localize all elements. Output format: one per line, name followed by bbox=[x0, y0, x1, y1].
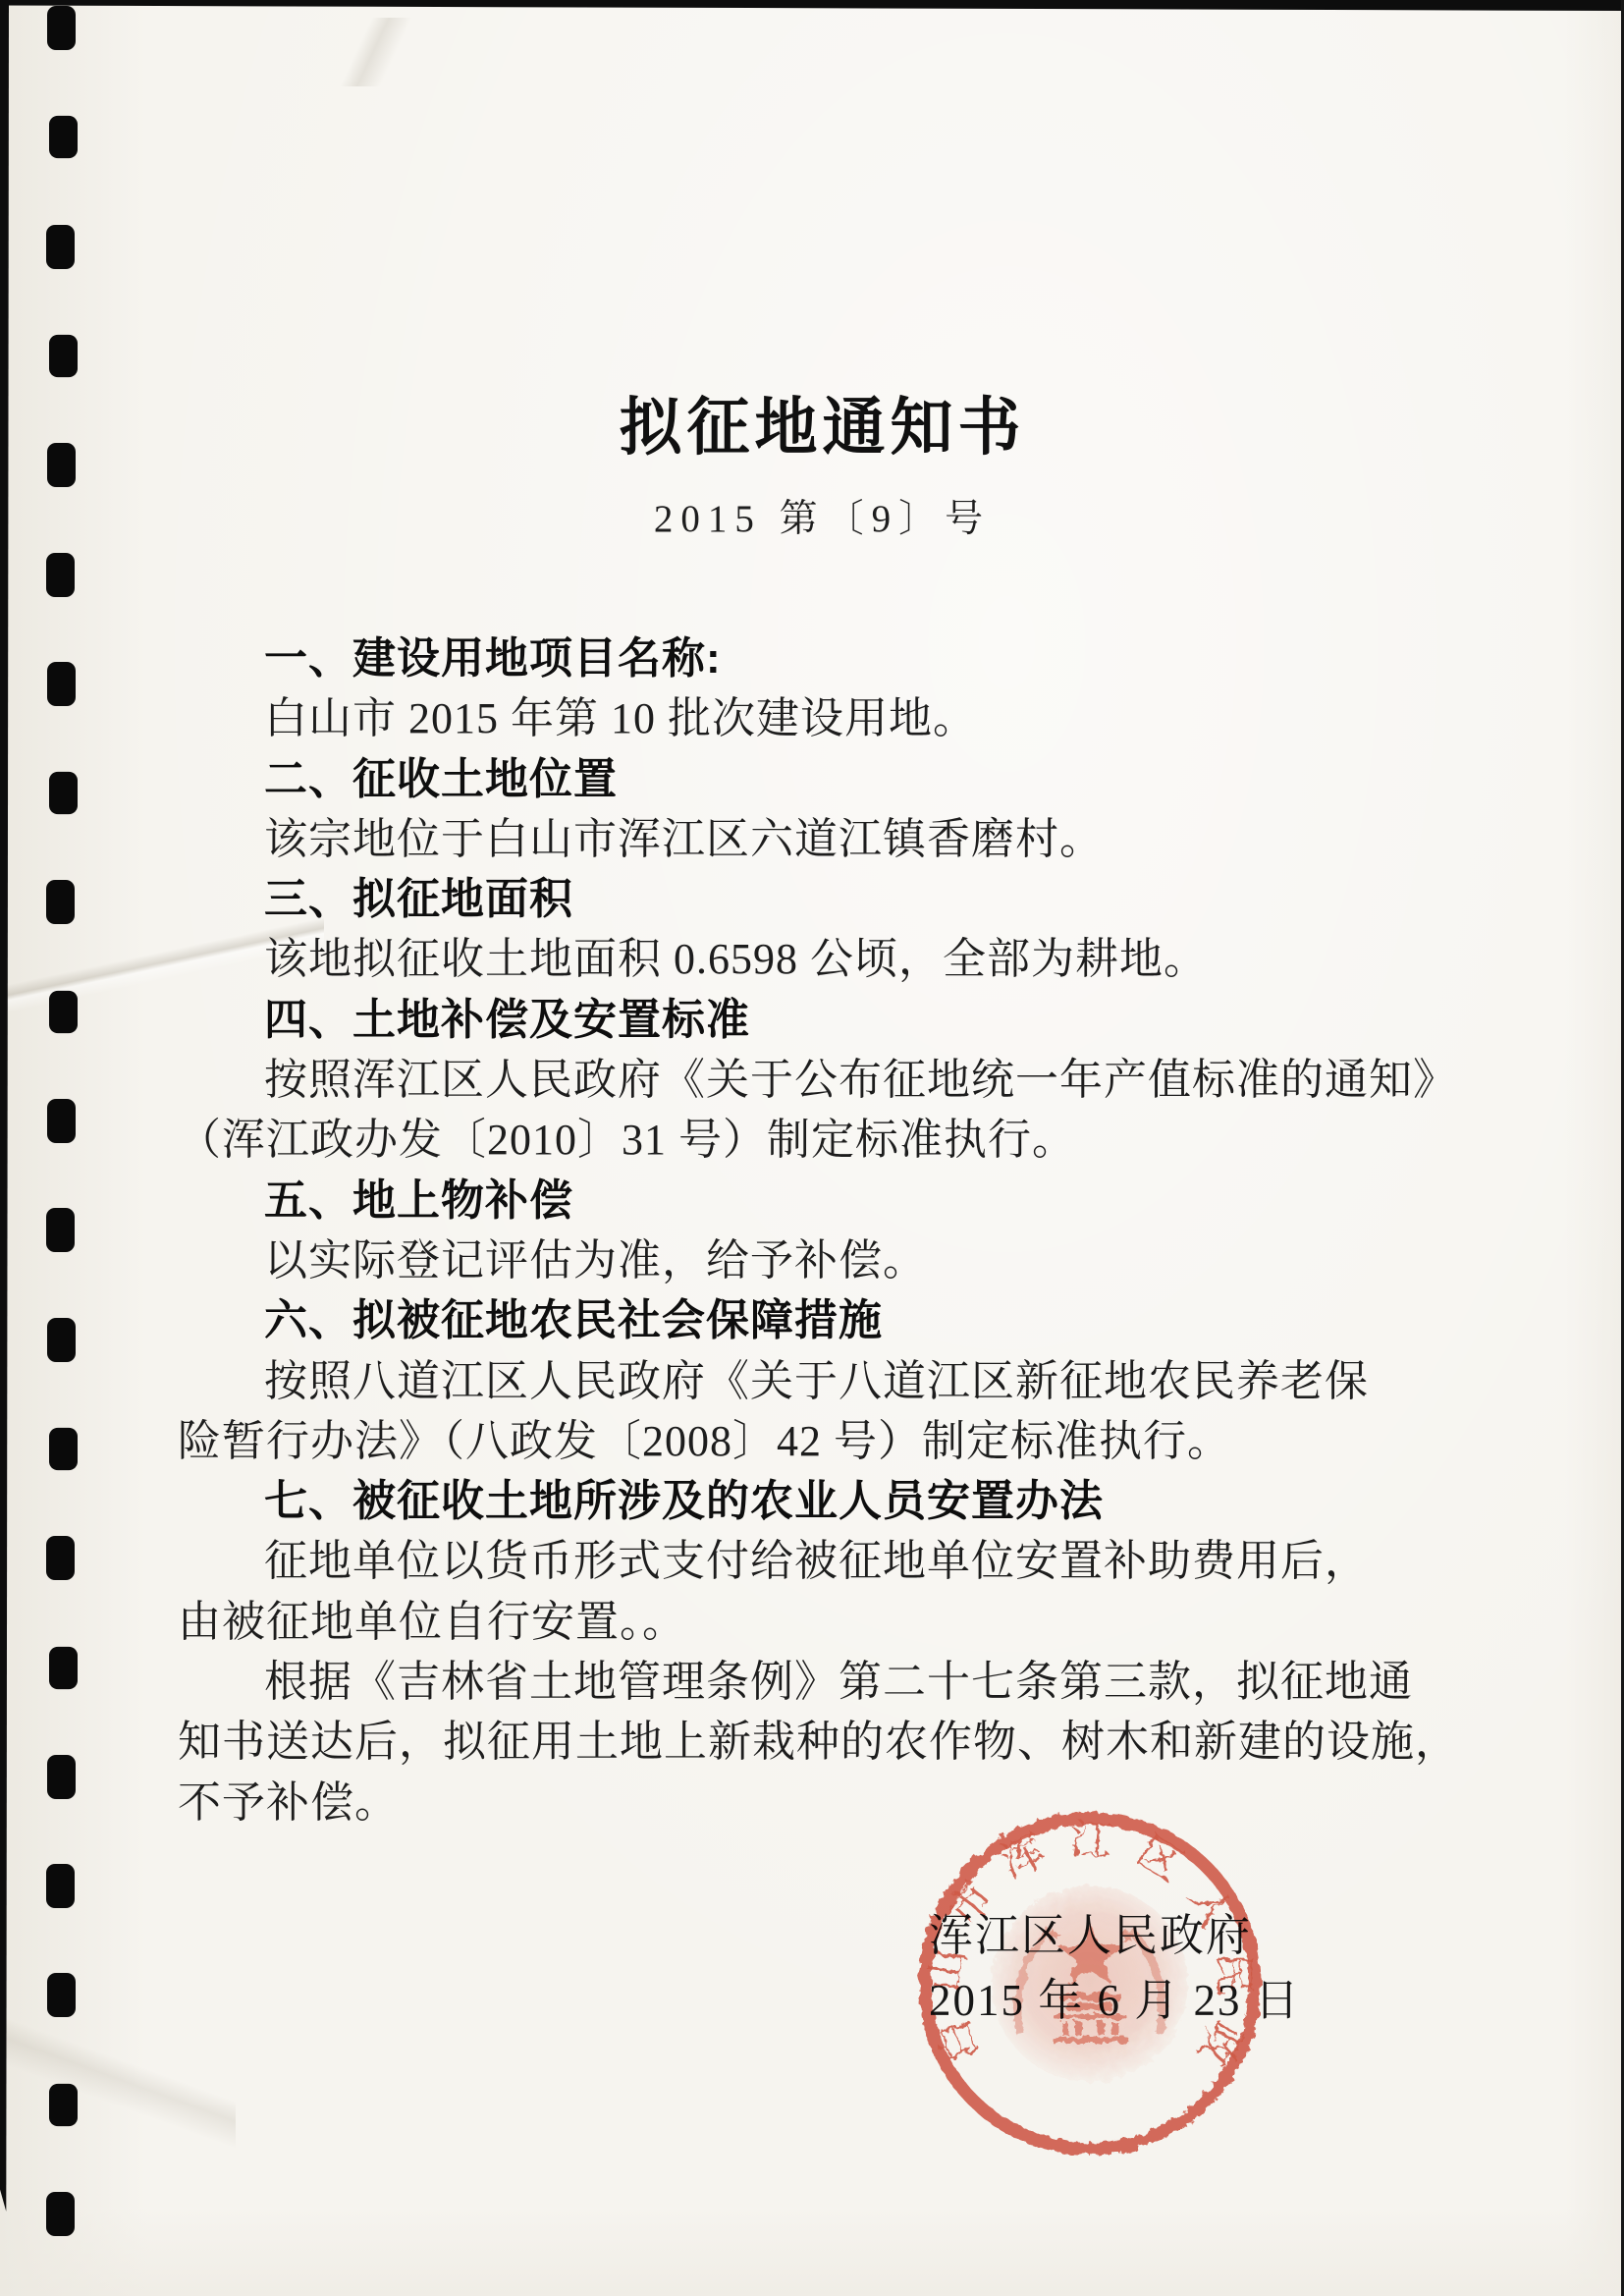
body-line: 该宗地位于白山市浑江区六道江镇香磨村。 bbox=[178, 811, 1474, 871]
binding-hole bbox=[47, 1318, 76, 1362]
body-line: 由被征地单位自行安置。。 bbox=[178, 1594, 1474, 1654]
binding-hole bbox=[47, 6, 76, 50]
binding-hole bbox=[46, 225, 75, 269]
body-line: 根据《吉林省土地管理条例》第二十七条第三款，拟征地通 bbox=[178, 1654, 1474, 1714]
body-line: 不予补偿。 bbox=[178, 1775, 1474, 1834]
official-seal: 白山市浑江区人民政府 bbox=[906, 1800, 1273, 2167]
body-line: 按照浑江区人民政府《关于公布征地统一年产值标准的通知》 bbox=[178, 1052, 1474, 1112]
binding-hole bbox=[46, 1536, 75, 1580]
binding-hole bbox=[47, 1099, 76, 1143]
document-number: 2015 第〔9〕号 bbox=[177, 488, 1468, 543]
body-line: 征地单位以货币形式支付给被征地单位安置补助费用后， bbox=[178, 1533, 1474, 1593]
binding-hole bbox=[46, 880, 75, 924]
binding-hole bbox=[46, 553, 75, 597]
scanned-document-page: { "document": { "title": "拟征地通知书", "doc_… bbox=[0, 0, 1624, 2296]
binding-hole bbox=[47, 443, 76, 487]
binding-hole bbox=[49, 1428, 78, 1470]
body-line: 险暂行办法》（八政发〔2008〕42 号）制定标准执行。 bbox=[178, 1413, 1474, 1473]
binding-hole bbox=[46, 1208, 75, 1252]
binding-hole bbox=[46, 1864, 75, 1908]
body-line-heading: 五、地上物补偿 bbox=[178, 1173, 1474, 1232]
binding-hole bbox=[47, 1973, 76, 2017]
binding-hole bbox=[49, 2084, 78, 2126]
body-line-heading: 七、被征收土地所涉及的农业人员安置办法 bbox=[178, 1473, 1474, 1533]
binding-hole bbox=[47, 1755, 76, 1799]
document-title: 拟征地通知书 bbox=[177, 377, 1468, 467]
body-line: 该地拟征收土地面积 0.6598 公顷，全部为耕地。 bbox=[178, 931, 1474, 991]
binding-hole bbox=[46, 2192, 75, 2236]
binding-hole bbox=[49, 772, 78, 814]
body-line-heading: 一、建设用地项目名称: bbox=[178, 630, 1474, 690]
document-body: 一、建设用地项目名称:白山市 2015 年第 10 批次建设用地。二、征收土地位… bbox=[178, 630, 1474, 1834]
body-line: 白山市 2015 年第 10 批次建设用地。 bbox=[178, 690, 1474, 750]
body-line-heading: 四、土地补偿及安置标准 bbox=[178, 992, 1474, 1052]
body-line: 知书送达后，拟征用土地上新栽种的农作物、树木和新建的设施， bbox=[178, 1714, 1474, 1774]
binding-hole bbox=[49, 116, 78, 158]
body-line-heading: 六、拟被征地农民社会保障措施 bbox=[178, 1292, 1474, 1352]
body-line-heading: 二、征收土地位置 bbox=[178, 751, 1474, 811]
body-line: （浑江政办发〔2010〕31 号）制定标准执行。 bbox=[178, 1112, 1474, 1172]
binding-hole bbox=[47, 662, 76, 706]
body-line-heading: 三、拟征地面积 bbox=[178, 871, 1474, 931]
binding-hole bbox=[49, 991, 78, 1033]
body-line: 按照八道江区人民政府《关于八道江区新征地农民养老保 bbox=[178, 1353, 1474, 1413]
binding-hole bbox=[49, 1646, 78, 1688]
binding-hole bbox=[49, 335, 78, 377]
body-line: 以实际登记评估为准，给予补偿。 bbox=[178, 1232, 1474, 1292]
